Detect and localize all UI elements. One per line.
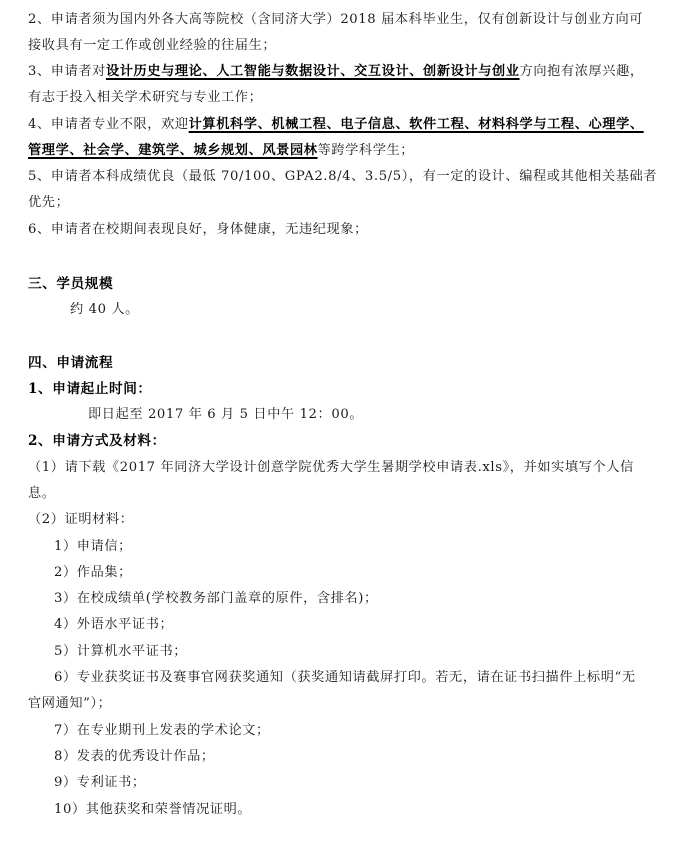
- requirement-2-line2: 接收具有一定工作或创业经验的往届生；: [28, 33, 276, 59]
- material-item: 3）在校成绩单(学校教务部门盖章的原件，含排名)；: [54, 586, 378, 612]
- section-4-sub1-heading: 1、申请起止时间：: [28, 376, 152, 402]
- requirement-5-line2: 优先；: [28, 190, 69, 216]
- material-item: 1）申请信；: [54, 534, 132, 560]
- material-item: 10）其他获奖和荣誉情况证明。: [54, 797, 251, 823]
- requirement-6: 6、申请者在校期间表现良好，身体健康，无违纪现象；: [28, 217, 368, 243]
- material-item: 4）外语水平证书；: [54, 612, 173, 638]
- requirement-3-emphasis: 设计历史与理论、人工智能与数据设计、交互设计、创新设计与创业: [106, 64, 520, 79]
- section-3-body: 约 40 人。: [70, 297, 139, 323]
- download-form-line2: 息。: [28, 481, 56, 507]
- requirement-3-line1: 3、申请者对设计历史与理论、人工智能与数据设计、交互设计、创新设计与创业方向抱有…: [28, 59, 644, 85]
- section-4-sub2-heading: 2、申请方式及材料：: [28, 428, 166, 454]
- download-form-line1: （1）请下载《2017 年同济大学设计创意学院优秀大学生暑期学校申请表.xls》…: [28, 455, 634, 481]
- material-item: 6）专业获奖证书及赛事官网获奖通知（获奖通知请截屏打印。若无，请在证书扫描件上标…: [54, 665, 636, 691]
- section-4-heading: 四、申请流程: [28, 350, 113, 376]
- section-3-heading: 三、学员规模: [28, 271, 113, 297]
- requirement-3-prefix: 3、申请者对: [28, 64, 106, 79]
- requirement-3-line2: 有志于投入相关学术研究与专业工作；: [28, 85, 262, 111]
- requirement-4-line1: 4、申请者专业不限，欢迎计算机科学、机械工程、电子信息、软件工程、材料科学与工程…: [28, 112, 644, 138]
- proof-materials-label: （2）证明材料：: [28, 507, 134, 533]
- material-item: 8）发表的优秀设计作品；: [54, 744, 215, 770]
- requirement-5-line1: 5、申请者本科成绩优良（最低 70/100、GPA2.8/4、3.5/5），有一…: [28, 164, 657, 190]
- requirement-4-suffix: 等跨学科学生；: [318, 143, 415, 158]
- material-item: 5）计算机水平证书；: [54, 639, 187, 665]
- material-item: 2）作品集；: [54, 560, 132, 586]
- requirement-4-prefix: 4、申请者专业不限，欢迎: [28, 117, 189, 132]
- requirement-3-suffix: 方向抱有浓厚兴趣，: [520, 64, 644, 79]
- requirement-4-line2: 管理学、社会学、建筑学、城乡规划、风景园林等跨学科学生；: [28, 138, 414, 164]
- material-item: 7）在专业期刊上发表的学术论文；: [54, 718, 270, 744]
- requirement-4-emphasis-2: 管理学、社会学、建筑学、城乡规划、风景园林: [28, 143, 318, 158]
- requirement-2-line1: 2、申请者须为国内外各大高等院校（含同济大学）2018 届本科毕业生，仅有创新设…: [28, 7, 643, 33]
- application-period: 即日起至 2017 年 6 月 5 日中午 12：00。: [88, 402, 363, 428]
- material-item-6-continued: 官网通知”）；: [28, 691, 111, 717]
- requirement-4-emphasis-1: 计算机科学、机械工程、电子信息、软件工程、材料科学与工程、心理学、: [189, 117, 644, 132]
- material-item: 9）专利证书；: [54, 770, 146, 796]
